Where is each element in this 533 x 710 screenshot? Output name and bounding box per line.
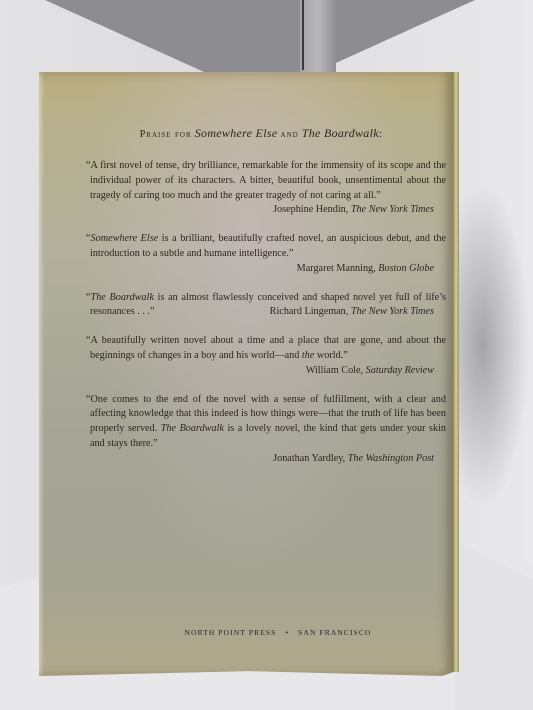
quote-emphasis: The Boardwalk (161, 423, 224, 434)
bullet-separator: • (285, 628, 289, 637)
quote-source: The New York Times (351, 204, 434, 215)
quote-source: The Washington Post (348, 453, 434, 464)
quote-text: “A beautifully written novel about a tim… (84, 334, 446, 364)
quote-lead-title: The Boardwalk (91, 292, 154, 303)
prop-crack (302, 0, 304, 70)
quote-author: Richard Lingeman, (270, 306, 349, 317)
heading-prefix: Praise for (140, 129, 192, 140)
book-stand-post (300, 0, 336, 72)
quote-attribution: Richard Lingeman, The New York Times (274, 305, 434, 320)
book-shadow (450, 180, 530, 510)
review-quote: “The Boardwalk is an almost flawlessly c… (84, 291, 446, 321)
quote-attribution: William Cole, Saturday Review (84, 364, 446, 379)
quote-source: Boston Globe (378, 263, 434, 274)
quote-source: Saturday Review (366, 365, 434, 376)
publisher-name: North Point Press (185, 628, 277, 637)
quote-attribution: Jonathan Yardley, The Washington Post (84, 452, 446, 467)
quote-author: William Cole, (306, 365, 363, 376)
review-quote: “A beautifully written novel about a tim… (84, 334, 446, 378)
heading-title-2: The Boardwalk (302, 126, 379, 140)
quote-text: “One comes to the end of the novel with … (84, 393, 446, 452)
praise-section: Praise for Somewhere Else and The Boardw… (84, 126, 458, 481)
review-quote: “Somewhere Else is a brilliant, beautifu… (84, 232, 446, 276)
quote-text: “A first novel of tense, dry brilliance,… (84, 159, 446, 203)
quote-body: “A beautifully written novel about a tim… (86, 335, 446, 361)
quote-attribution: Josephine Hendin, The New York Times (84, 203, 446, 218)
praise-heading: Praise for Somewhere Else and The Boardw… (84, 126, 458, 141)
quote-text: “The Boardwalk is an almost flawlessly c… (84, 291, 446, 321)
quote-text: “Somewhere Else is a brilliant, beautifu… (84, 232, 446, 262)
heading-suffix: : (379, 128, 382, 140)
review-quote: “One comes to the end of the novel with … (84, 393, 446, 467)
review-quote: “A first novel of tense, dry brilliance,… (84, 159, 446, 218)
quote-body-end: world.” (314, 350, 347, 361)
publisher-imprint: North Point Press•San Francisco (168, 628, 388, 637)
heading-joiner: and (281, 129, 299, 140)
quote-emphasis: the (302, 350, 314, 361)
publisher-city: San Francisco (298, 628, 371, 637)
quote-source: The New York Times (351, 306, 434, 317)
heading-title-1: Somewhere Else (195, 126, 278, 140)
quote-attribution: Margaret Manning, Boston Globe (84, 262, 446, 277)
quote-author: Jonathan Yardley, (273, 453, 345, 464)
quote-author: Margaret Manning, (297, 263, 376, 274)
quote-author: Josephine Hendin, (273, 204, 348, 215)
quote-lead-title: Somewhere Else (91, 233, 159, 244)
